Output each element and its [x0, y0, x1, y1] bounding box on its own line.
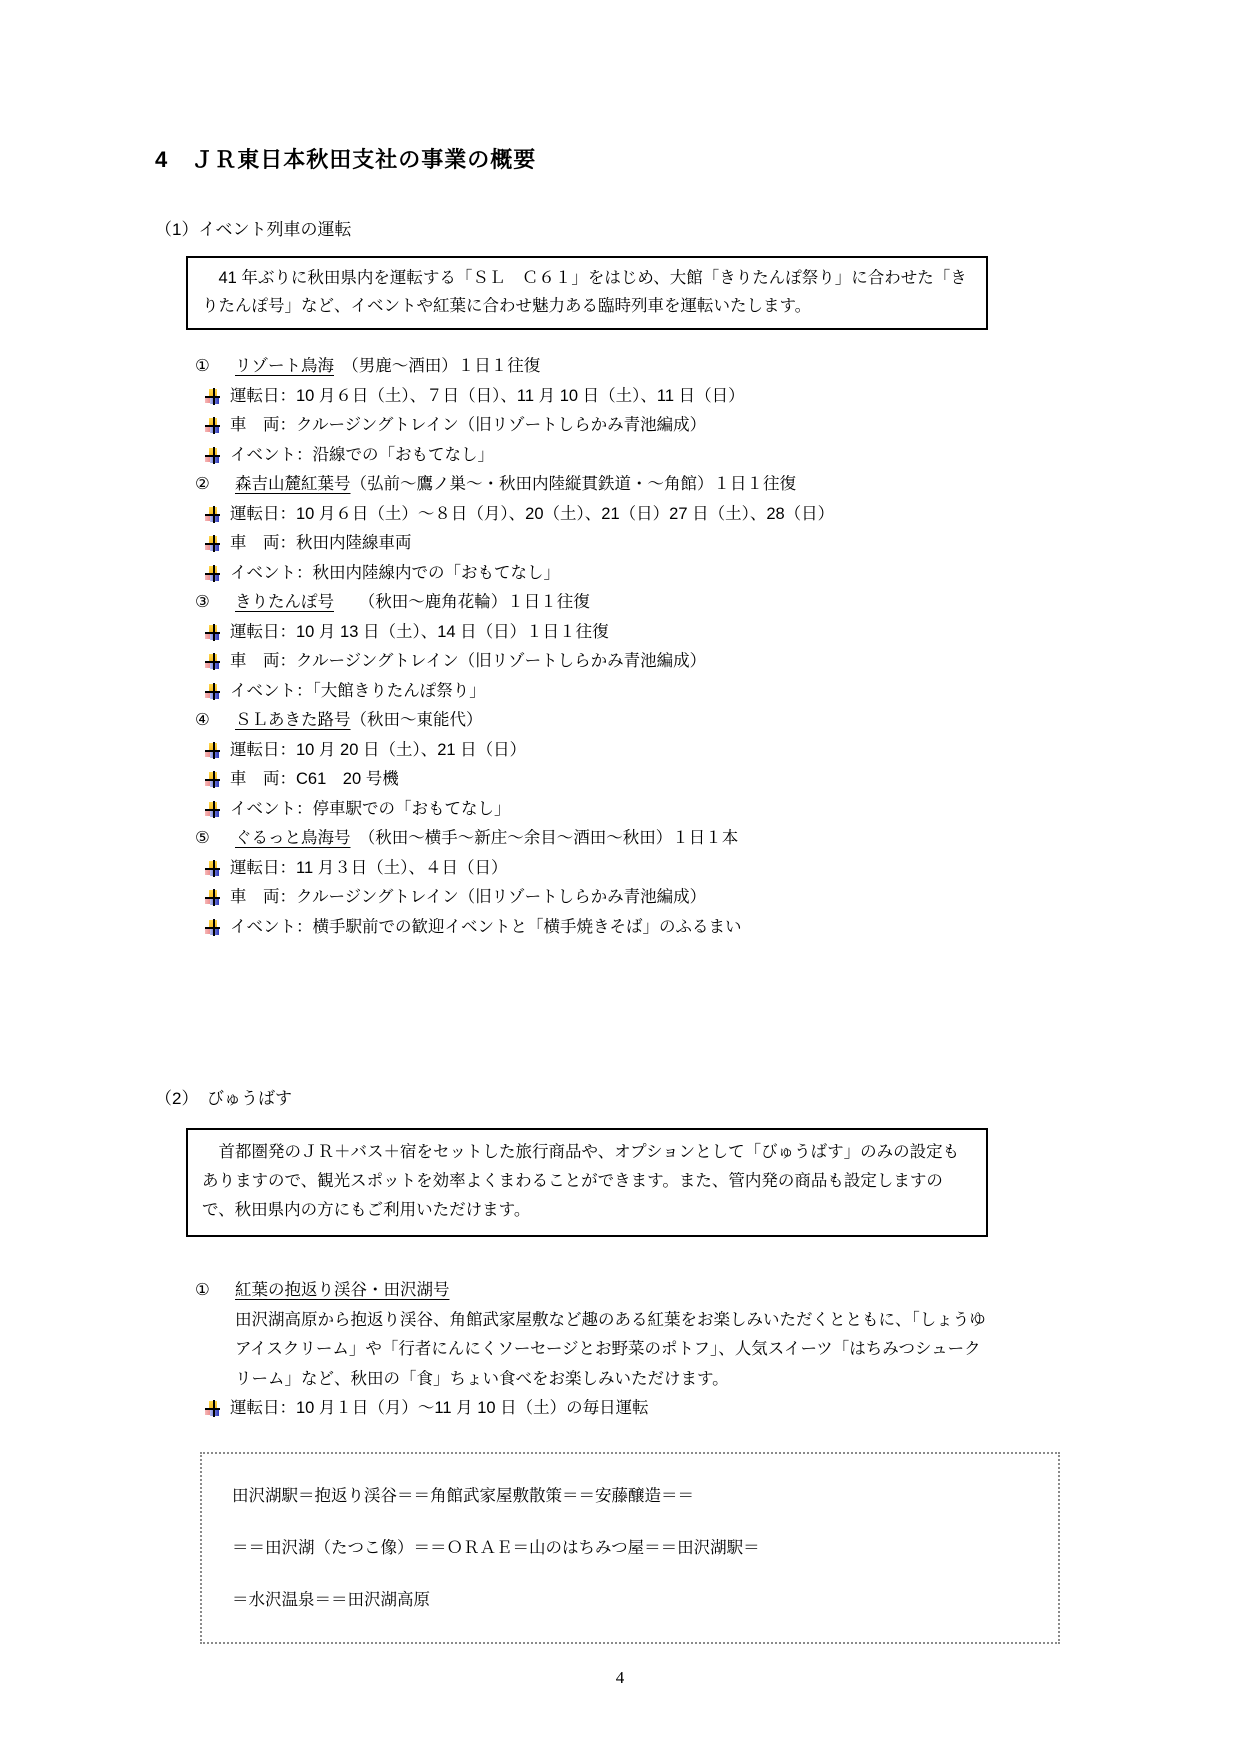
list-item: ① リゾート鳥海 （男鹿～酒田）１日１往復: [195, 352, 1055, 382]
item-number: ③: [195, 588, 235, 618]
list-item: 車 両：クルージングトレイン（旧リゾートしらかみ青池編成）: [195, 647, 1055, 677]
bullet-text: 運転日：10 月 20 日（土）、21 日（日）: [230, 736, 526, 766]
list-item: ⑤ ぐるっと鳥海号 （秋田～横手～新庄～余目～酒田～秋田）１日１本: [195, 824, 1055, 854]
bullet-text: 車 両：クルージングトレイン（旧リゾートしらかみ青池編成）: [230, 647, 706, 677]
section2-heading: （2） びゅうばす: [155, 1084, 292, 1109]
item-number: ①: [195, 1276, 235, 1306]
bullet-text: 運転日：11 月３日（土）、４日（日）: [230, 854, 507, 884]
bullet-text: 車 両：クルージングトレイン（旧リゾートしらかみ青池編成）: [230, 883, 706, 913]
item-number: ②: [195, 470, 235, 500]
decorative-bullet-icon: [205, 624, 220, 641]
page-title: 4 ＪＲ東日本秋田支社の事業の概要: [155, 143, 536, 174]
list-item: 運転日：10 月１日（月）～11 月 10 日（土）の毎日運転: [195, 1394, 1055, 1424]
decorative-bullet-icon: [205, 889, 220, 906]
list-item: 車 両：秋田内陸線車両: [195, 529, 1055, 559]
train-route: （弘前～鷹ノ巣～・秋田内陸縦貫鉄道・～角館）１日１往復: [351, 475, 797, 493]
list-item: ① 紅葉の抱返り渓谷・田沢湖号: [195, 1276, 1055, 1306]
bullet-text: イベント：沿線での「おもてなし」: [230, 441, 494, 471]
route-line: ＝＝田沢湖（たつこ像）＝＝ＯＲＡＥ＝山のはちみつ屋＝＝田沢湖駅＝: [232, 1534, 1058, 1558]
item-number: ⑤: [195, 824, 235, 854]
list-item: イベント：停車駅での「おもてなし」: [195, 795, 1055, 825]
section1-intro-box: 41 年ぶりに秋田県内を運転する「ＳＬ Ｃ６１」をはじめ、大館「きりたんぽ祭り」…: [186, 256, 988, 330]
train-title: リゾート鳥海 （男鹿～酒田）１日１往復: [235, 352, 540, 382]
train-name: 森吉山麓紅葉号: [235, 475, 351, 493]
bullet-text: イベント：「大館きりたんぽ祭り」: [230, 677, 486, 707]
list-item: イベント：秋田内陸線内での「おもてなし」: [195, 559, 1055, 589]
decorative-bullet-icon: [205, 742, 220, 759]
decorative-bullet-icon: [205, 1400, 220, 1417]
decorative-bullet-icon: [205, 506, 220, 523]
document-page: 4 ＪＲ東日本秋田支社の事業の概要 （1）イベント列車の運転 41 年ぶりに秋田…: [0, 0, 1240, 1754]
tour-block: ① 紅葉の抱返り渓谷・田沢湖号 田沢湖高原から抱返り渓谷、角館武家屋敷など趣のあ…: [195, 1276, 1055, 1424]
list-item: ④ ＳＬあきた路号（秋田～東能代）: [195, 706, 1055, 736]
bullet-text: 運転日：10 月６日（土）、７日（日）、11 月 10 日（土）、11 日（日）: [230, 382, 745, 412]
decorative-bullet-icon: [205, 919, 220, 936]
route-line: 田沢湖駅＝抱返り渓谷＝＝角館武家屋敷散策＝＝安藤醸造＝＝: [232, 1482, 1058, 1506]
section2-intro-box: 首都圏発のＪＲ＋バス＋宿をセットした旅行商品や、オプションとして「びゅうばす」の…: [186, 1128, 988, 1237]
section1-heading: （1）イベント列車の運転: [155, 215, 351, 240]
item-number: ①: [195, 352, 235, 382]
list-item: 車 両：C61 20 号機: [195, 765, 1055, 795]
train-list: ① リゾート鳥海 （男鹿～酒田）１日１往復 運転日：10 月６日（土）、７日（日…: [195, 352, 1055, 942]
decorative-bullet-icon: [205, 565, 220, 582]
decorative-bullet-icon: [205, 653, 220, 670]
route-itinerary-box: 田沢湖駅＝抱返り渓谷＝＝角館武家屋敷散策＝＝安藤醸造＝＝ ＝＝田沢湖（たつこ像）…: [200, 1452, 1060, 1644]
train-title: ぐるっと鳥海号 （秋田～横手～新庄～余目～酒田～秋田）１日１本: [235, 824, 738, 854]
list-item: ③ きりたんぽ号 （秋田～鹿角花輪）１日１往復: [195, 588, 1055, 618]
train-route: （秋田～鹿角花輪）１日１往復: [334, 593, 590, 611]
train-title: 森吉山麓紅葉号（弘前～鷹ノ巣～・秋田内陸縦貫鉄道・～角館）１日１往復: [235, 470, 796, 500]
bullet-text: イベント：横手駅前での歓迎イベントと「横手焼きそば」のふるまい: [230, 913, 742, 943]
list-item: イベント：「大館きりたんぽ祭り」: [195, 677, 1055, 707]
list-item: イベント：沿線での「おもてなし」: [195, 441, 1055, 471]
list-item: 車 両：クルージングトレイン（旧リゾートしらかみ青池編成）: [195, 411, 1055, 441]
list-item: ② 森吉山麓紅葉号（弘前～鷹ノ巣～・秋田内陸縦貫鉄道・～角館）１日１往復: [195, 470, 1055, 500]
train-route: （男鹿～酒田）１日１往復: [334, 357, 540, 375]
list-item: 車 両：クルージングトレイン（旧リゾートしらかみ青池編成）: [195, 883, 1055, 913]
train-name: ぐるっと鳥海号: [235, 829, 351, 847]
tour-description: 田沢湖高原から抱返り渓谷、角館武家屋敷など趣のある紅葉をお楽しみいただくとともに…: [235, 1306, 995, 1395]
decorative-bullet-icon: [205, 771, 220, 788]
train-name: リゾート鳥海: [235, 357, 334, 375]
route-line: ＝水沢温泉＝＝田沢湖高原: [232, 1586, 1058, 1610]
bullet-text: 車 両：C61 20 号機: [230, 765, 399, 795]
decorative-bullet-icon: [205, 683, 220, 700]
bullet-text: イベント：秋田内陸線内での「おもてなし」: [230, 559, 560, 589]
list-item: イベント：横手駅前での歓迎イベントと「横手焼きそば」のふるまい: [195, 913, 1055, 943]
train-route: （秋田～東能代）: [351, 711, 483, 729]
decorative-bullet-icon: [205, 417, 220, 434]
train-route: （秋田～横手～新庄～余目～酒田～秋田）１日１本: [351, 829, 739, 847]
list-item: 運転日：10 月６日（土）、７日（日）、11 月 10 日（土）、11 日（日）: [195, 382, 1055, 412]
bullet-text: 運転日：10 月 13 日（土）、14 日（日）１日１往復: [230, 618, 609, 648]
train-name: きりたんぽ号: [235, 593, 334, 611]
decorative-bullet-icon: [205, 801, 220, 818]
bullet-text: イベント：停車駅での「おもてなし」: [230, 795, 511, 825]
item-number: ④: [195, 706, 235, 736]
page-number: 4: [0, 1668, 1240, 1688]
list-item: 運転日：10 月 20 日（土）、21 日（日）: [195, 736, 1055, 766]
decorative-bullet-icon: [205, 388, 220, 405]
train-name: ＳＬあきた路号: [235, 711, 351, 729]
train-title: きりたんぽ号 （秋田～鹿角花輪）１日１往復: [235, 588, 590, 618]
bullet-text: 車 両：秋田内陸線車両: [230, 529, 412, 559]
decorative-bullet-icon: [205, 860, 220, 877]
list-item: 運転日：10 月６日（土）～８日（月）、20（土）、21（日）27 日（土）、2…: [195, 500, 1055, 530]
train-title: ＳＬあきた路号（秋田～東能代）: [235, 706, 483, 736]
list-item: 運転日：10 月 13 日（土）、14 日（日）１日１往復: [195, 618, 1055, 648]
bullet-text: 車 両：クルージングトレイン（旧リゾートしらかみ青池編成）: [230, 411, 706, 441]
tour-name: 紅葉の抱返り渓谷・田沢湖号: [235, 1276, 450, 1306]
decorative-bullet-icon: [205, 535, 220, 552]
list-item: 運転日：11 月３日（土）、４日（日）: [195, 854, 1055, 884]
bullet-text: 運転日：10 月６日（土）～８日（月）、20（土）、21（日）27 日（土）、2…: [230, 500, 834, 530]
decorative-bullet-icon: [205, 447, 220, 464]
bullet-text: 運転日：10 月１日（月）～11 月 10 日（土）の毎日運転: [230, 1394, 649, 1424]
